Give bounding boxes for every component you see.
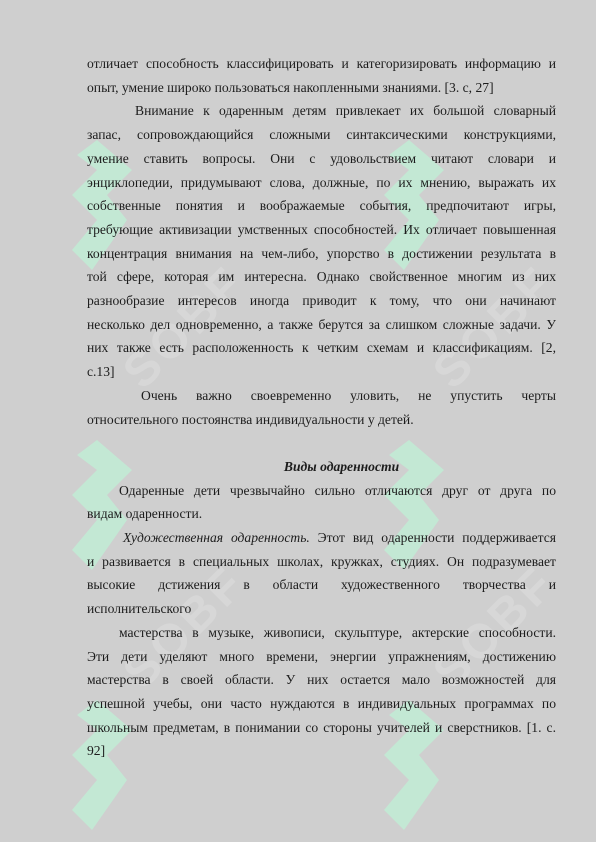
text-line: мастерства в музыке, живописи, скульптур… — [87, 621, 556, 645]
paragraph-types: Одаренные дети чрезвычайно сильно отлича… — [87, 479, 556, 526]
text-line: умение ставить вопросы. Они с удовольств… — [87, 147, 556, 171]
text-line: несколько дел одновременно, а также беру… — [87, 313, 556, 337]
text-line: Очень важно своевременно уловить, не упу… — [87, 384, 556, 408]
section-heading: Виды одаренности — [87, 455, 556, 479]
text-line: мастерства в своей области. У них остает… — [87, 668, 556, 692]
text-line: школьным предметам, в понимании со сторо… — [87, 716, 556, 740]
text-line: успешной учебы, они часто нуждаются в ин… — [87, 692, 556, 716]
text-line: концентрация внимания на чем-либо, упорс… — [87, 242, 556, 266]
text-line: запас, сопровождающийся сложными синтакс… — [87, 123, 556, 147]
text-line: отличает способность классифицировать и … — [87, 52, 556, 76]
text-line: и развивается в специальных школах, круж… — [87, 550, 556, 574]
text-line: Одаренные дети чрезвычайно сильно отлича… — [87, 479, 556, 503]
italic-term: Художественная одаренность. — [123, 530, 310, 545]
text-fragment: Этот вид одаренности поддерживается — [310, 530, 556, 545]
text-line: 92] — [87, 739, 556, 763]
text-line: опыт, умение широко пользоваться накопле… — [87, 76, 556, 100]
text-line: разнообразие интересов иногда приводит к… — [87, 289, 556, 313]
text-line: с.13] — [87, 360, 556, 384]
text-line: Художественная одаренность. Этот вид ода… — [87, 526, 556, 550]
text-line: Эти дети уделяют много времени, энергии … — [87, 645, 556, 669]
spacer — [87, 431, 556, 455]
text-line: энциклопедии, придумывают слова, должные… — [87, 171, 556, 195]
paragraph-classification: отличает способность классифицировать и … — [87, 52, 556, 99]
text-line: видам одаренности. — [87, 502, 556, 526]
text-line: высокие дстижения в области художественн… — [87, 573, 556, 597]
text-line: относительного постоянства индивидуально… — [87, 408, 556, 432]
paragraph-mastery: мастерства в музыке, живописи, скульптур… — [87, 621, 556, 763]
text-line: требующие активизации умственных способн… — [87, 218, 556, 242]
text-line: той сфере, которая им интересна. Однако … — [87, 265, 556, 289]
document-page: отличает способность классифицировать и … — [87, 52, 556, 763]
paragraph-timely: Очень важно своевременно уловить, не упу… — [87, 384, 556, 431]
paragraph-attention: Внимание к одаренным детям привлекает их… — [87, 99, 556, 383]
text-line: них также есть расположенность к четким … — [87, 336, 556, 360]
paragraph-artistic: Художественная одаренность. Этот вид ода… — [87, 526, 556, 621]
text-line: собственные понятия и воображаемые событ… — [87, 194, 556, 218]
text-line: исполнительского — [87, 597, 556, 621]
text-line: Внимание к одаренным детям привлекает их… — [87, 99, 556, 123]
